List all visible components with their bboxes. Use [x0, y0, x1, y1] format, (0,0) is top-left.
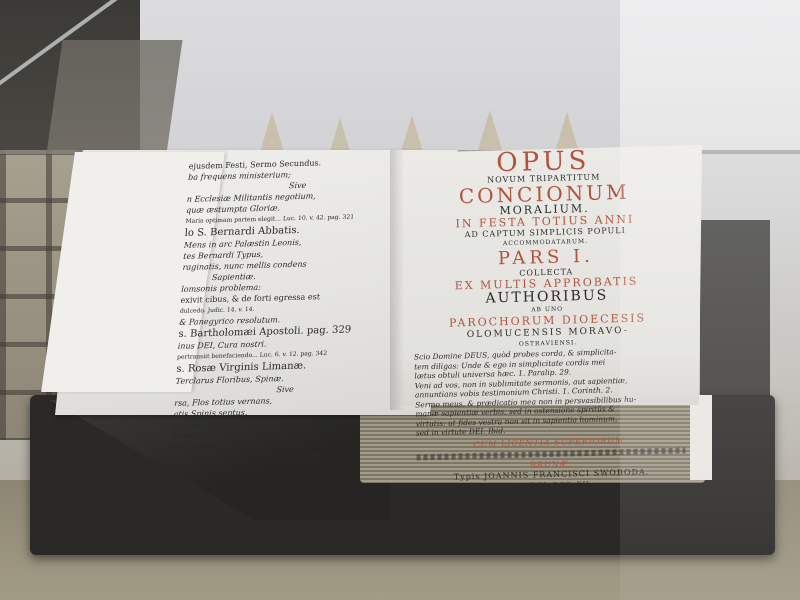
spike-reflection [400, 115, 424, 155]
spike-reflection [478, 110, 502, 150]
photo-scene: ejusdem Festi, Sermo Secundus. ba freque… [0, 0, 800, 600]
title-page-text: OPUS NOVUM TRIPARTITUM CONCIONUM MORALIU… [401, 146, 695, 493]
spike-reflection [260, 112, 284, 152]
scripture-quotes: Scio Domine DEUS, quòd probes corda, & s… [406, 345, 693, 438]
reflected-panel [620, 0, 800, 150]
left-page-text: ejusdem Festi, Sermo Secundus. ba freque… [170, 155, 409, 466]
